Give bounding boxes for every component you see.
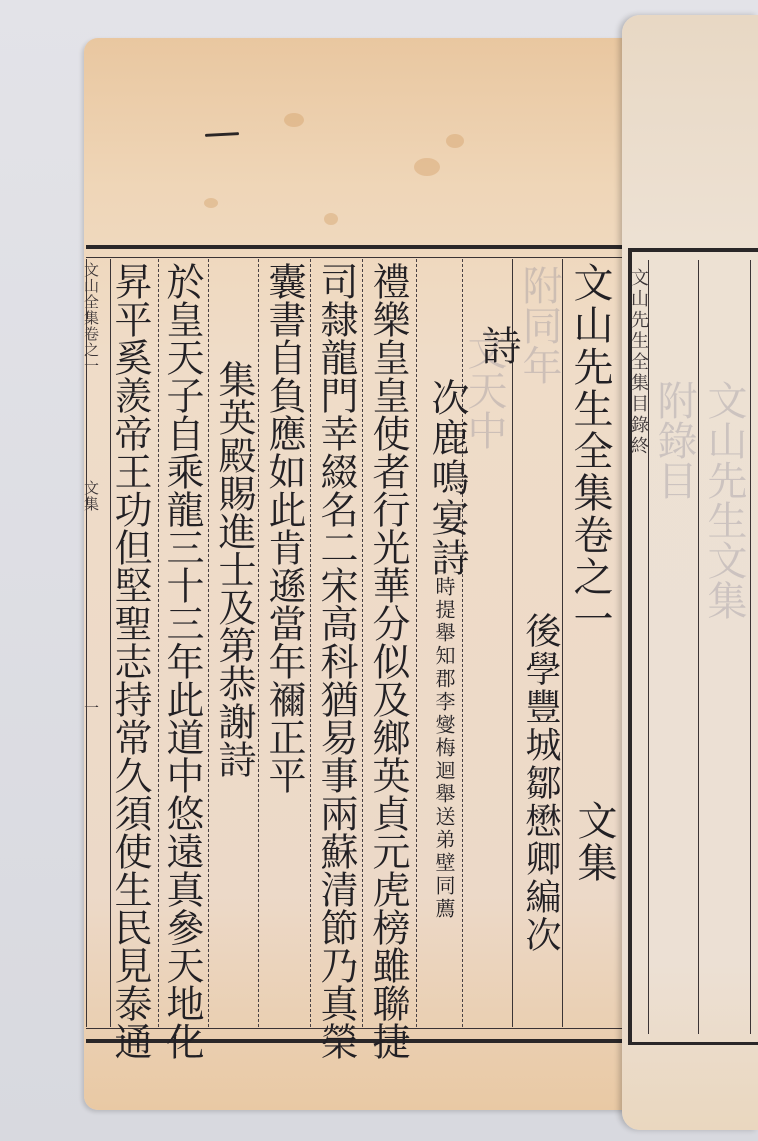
column-rule (462, 259, 463, 1027)
bleed-through-text: 附錄目 (650, 380, 698, 500)
section-label: 文集 (570, 800, 618, 884)
poem-line: 禮樂皇皇使者行光華分似及鄉英貞元虎榜雖聯捷 (366, 262, 410, 1060)
column-rule (512, 259, 513, 1027)
foxing-stain (204, 198, 218, 208)
bleed-through-text: 文山先生文集 (700, 380, 748, 620)
poem-line: 囊書自負應如此肯遜當年禰正平 (262, 262, 306, 794)
volume-title: 文山先生全集卷之一 (566, 262, 614, 640)
column-rule (362, 259, 363, 1027)
poem-line: 昇平奚羨帝王功但堅聖志持常久須使生民見泰通 (108, 262, 152, 1060)
column-rule (310, 259, 311, 1027)
poem-title: 次鹿鳴宴詩 (425, 378, 469, 578)
compiler-credit: 後學豐城鄒懋卿編次 (518, 612, 562, 954)
foxing-stain (446, 134, 464, 148)
fold-section: 文集 (82, 480, 99, 512)
column-rule (86, 259, 87, 1027)
poem-note: 時提舉知郡李燮梅迴舉送弟壁同薦 (433, 576, 455, 921)
column-rule (158, 259, 159, 1027)
foxing-stain (284, 113, 304, 127)
column-rule (562, 259, 563, 1027)
fold-page-number: 一 (82, 700, 99, 716)
column-rule (698, 260, 699, 1034)
genre-heading: 詩 (474, 325, 522, 367)
right-page-edge-text: 文山先生全集目錄終 (628, 268, 648, 457)
poem-line: 司隸龍門幸綴名二宋高科猶易事兩蘇清節乃真榮 (314, 262, 358, 1060)
foxing-stain (324, 213, 338, 225)
poem-title: 集英殿賜進士及第恭謝詩 (212, 360, 256, 778)
column-rule (258, 259, 259, 1027)
column-rule (416, 259, 417, 1027)
column-rule (208, 259, 209, 1027)
foxing-stain (414, 158, 440, 176)
column-rule (750, 260, 751, 1034)
poem-line: 於皇天子自乘龍三十三年此道中悠遠真參天地化 (160, 262, 204, 1060)
fold-title: 文山全集卷之一 (82, 262, 99, 374)
